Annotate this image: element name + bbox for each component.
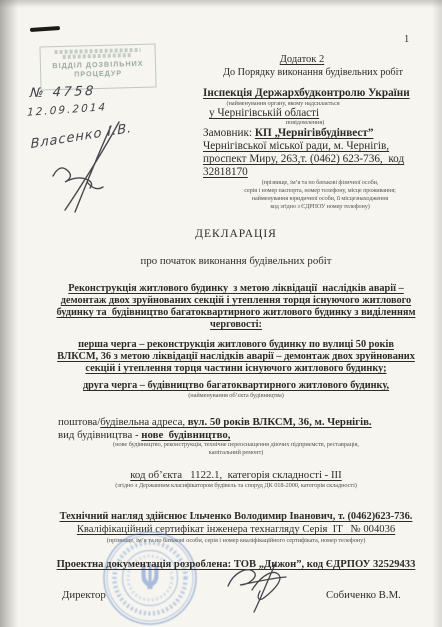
handwritten-date: 12.09.2014 — [27, 101, 107, 119]
customer-footnote-3: найменування юридичної особи, її місцезн… — [203, 195, 437, 202]
object-par1-line2: демонтаж двох зруйнованих секцій і утепл… — [42, 295, 430, 307]
scanned-declaration-page: 1 ВІДДІЛ ДОЗВІЛЬНИХ ПРОЦЕДУР № 4758 12.0… — [0, 0, 442, 627]
postal-address-line: поштова/будівельна адреса, вул. 50 років… — [58, 416, 372, 428]
object-stage1-line2: ВЛКСМ, 36 з метою ліквідації наслідків а… — [42, 351, 430, 363]
customer-address-line1: Чернігівської міської ради, м. Чернігів, — [203, 140, 389, 153]
object-stage1-line1: перша черга – реконструкція житлового бу… — [42, 339, 430, 351]
construction-type-value: нове будівництво, — [141, 429, 230, 441]
inspection-region: у Чернігівській області — [209, 107, 319, 120]
stamp-illegible-line — [63, 53, 133, 59]
customer-line: Замовник: КП „Чернігівбудінвест” — [203, 127, 373, 140]
object-code-footnote: (згідно з Державним класифікатором будів… — [42, 482, 430, 489]
signatory-role: Директор — [62, 589, 106, 601]
document-title: ДЕКЛАРАЦІЯ — [45, 228, 427, 241]
customer-footnote-2: серія і номер паспорта, номер телефону, … — [203, 187, 437, 194]
construction-type-label: вид будівництва - — [58, 429, 141, 441]
signatory-name: Собиченко В.М. — [326, 589, 401, 601]
scan-shadow-left — [0, 0, 18, 627]
inspection-org: Інспекція Держархбудконтролю України — [203, 87, 410, 100]
address-label: будівельна адреса, — [100, 416, 185, 428]
address-value: вул. 50 років ВЛКСМ, 36, м. Чернігів. — [185, 416, 372, 428]
page-number: 1 — [404, 34, 409, 46]
appendix-number: Додаток 2 — [202, 54, 402, 66]
object-stage1-line3: секцій і утеплення торця частини існуючо… — [42, 363, 430, 375]
director-signature — [218, 556, 318, 614]
object-footnote: (найменування об’єкта будівництва) — [42, 392, 430, 399]
construction-type-footnote-1: (нове будівництво, реконструкція, техніч… — [42, 441, 430, 448]
object-code-line: код об’єкта 1122.1, категорія складності… — [42, 469, 430, 481]
object-par1-line3: будинку та будівництво багатоквартирного… — [42, 307, 430, 319]
object-par1-line4: черговості: — [42, 319, 430, 331]
document-subtitle: про початок виконання будівельних робіт — [45, 255, 427, 267]
construction-type-line: вид будівництва - нове будівництво, — [58, 429, 230, 441]
region-footnote: повідомлення) — [250, 119, 360, 126]
customer-edrpou: 32818170 — [203, 166, 248, 179]
customer-footnote-1: (прізвище, ім’я та по батькові фізичної … — [203, 179, 437, 186]
scan-shadow-top — [0, 0, 442, 8]
customer-name: КП „Чернігівбудінвест” — [255, 127, 374, 139]
construction-type-footnote-2: капітальний ремонт) — [42, 449, 430, 456]
handwritten-signature — [35, 118, 155, 218]
round-seal — [98, 526, 202, 627]
object-stage2: друга черга – будівництво багатоквартирн… — [42, 380, 430, 392]
address-prefix: поштова/ — [58, 416, 100, 428]
object-par1-line1: Реконструкція житлового будинку з метою … — [42, 283, 430, 295]
appendix-reference: До Порядку виконання будівельних робіт — [202, 67, 424, 79]
handwritten-number: № 4758 — [29, 84, 96, 101]
supervision-line1: Технічний нагляд здійснює Ільченко Волод… — [40, 511, 432, 523]
scan-artifact-mark — [30, 26, 60, 32]
customer-label: Замовник: — [203, 127, 255, 139]
intake-stamp: ВІДДІЛ ДОЗВІЛЬНИХ ПРОЦЕДУР — [39, 43, 156, 90]
scan-shadow-right — [432, 0, 442, 627]
customer-address-line2: проспект Миру, 263,т. (0462) 623-736, ко… — [203, 153, 404, 166]
customer-footnote-4: код згідно з ЄДРПОУ номер телефону) — [203, 203, 437, 210]
